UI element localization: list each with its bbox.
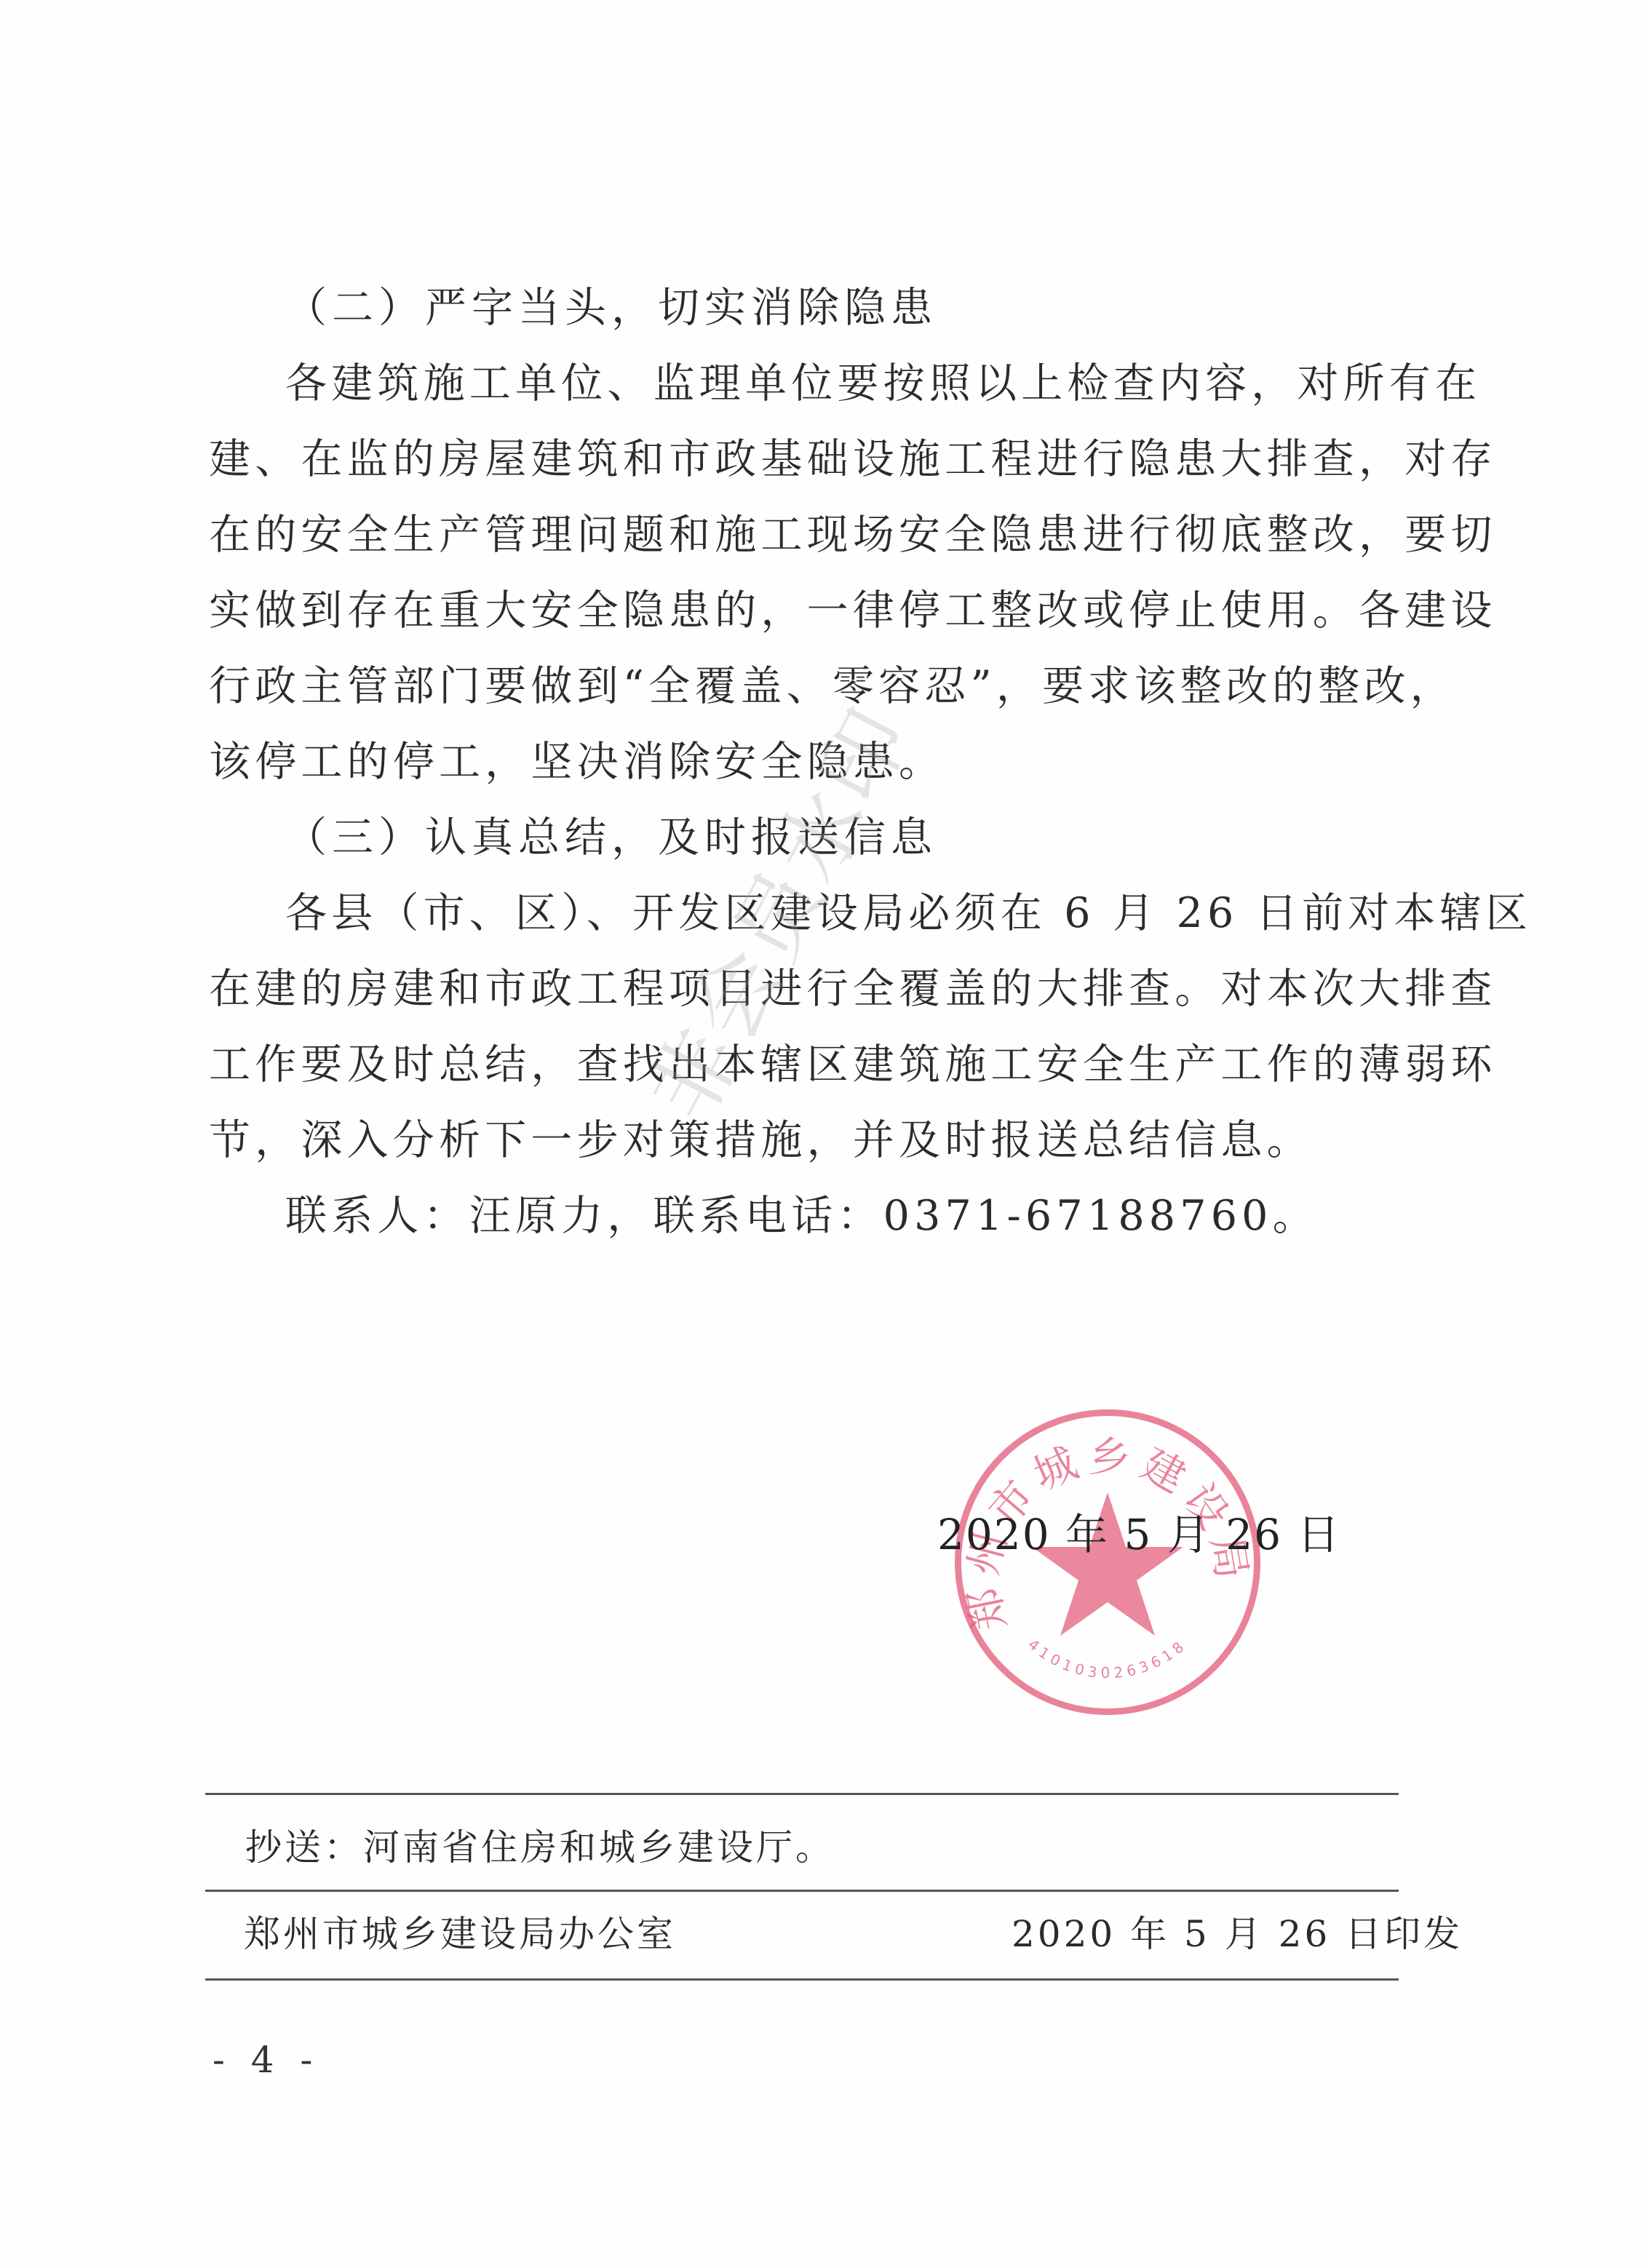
divider — [205, 1978, 1399, 1981]
cc-line: 抄送：河南省住房和城乡建设厅。 — [245, 1825, 835, 1870]
svg-text:4101030263618: 4101030263618 — [1025, 1636, 1191, 1682]
paragraph-line: 工作要及时总结，查找出本辖区建筑施工安全生产工作的薄弱环 — [209, 1039, 1391, 1090]
paragraph-line: 该停工的停工，坚决消除安全隐患。 — [209, 736, 1391, 787]
official-seal: 郑州市城乡建设局 4101030263618 — [955, 1409, 1260, 1715]
signature-date: 2020 年 5 月 26 日 — [937, 1509, 1341, 1560]
paragraph-line: 节，深入分析下一步对策措施，并及时报送总结信息。 — [209, 1115, 1391, 1166]
paragraph-line: 各建筑施工单位、监理单位要按照以上检查内容，对所有在 — [285, 358, 1391, 409]
contact-info: 联系人：汪原力，联系电话：0371-67188760。 — [285, 1190, 1391, 1241]
divider — [205, 1890, 1399, 1892]
section-heading-3: （三）认真总结，及时报送信息 — [285, 812, 1391, 863]
page-number: - 4 - — [212, 2037, 319, 2082]
paragraph-line: 实做到存在重大安全隐患的，一律停工整改或停止使用。各建设 — [209, 585, 1391, 636]
paragraph-line: 建、在监的房屋建筑和市政基础设施工程进行隐患大排查，对存 — [209, 434, 1391, 485]
paragraph-line: 在的安全生产管理问题和施工现场安全隐患进行彻底整改，要切 — [209, 509, 1391, 560]
seal-graphic: 郑州市城乡建设局 4101030263618 — [961, 1416, 1254, 1708]
section-heading-2: （二）严字当头，切实消除隐患 — [285, 282, 1391, 333]
divider — [205, 1793, 1399, 1795]
issue-date: 2020 年 5 月 26 日印发 — [1012, 1911, 1463, 1957]
paragraph-line: 行政主管部门要做到“全覆盖、零容忍”，要求该整改的整改， — [209, 661, 1391, 712]
paragraph-line: 在建的房建和市政工程项目进行全覆盖的大排查。对本次大排查 — [209, 963, 1391, 1014]
paragraph-line: 各县（市、区）、开发区建设局必须在 6 月 26 日前对本辖区 — [285, 888, 1391, 939]
issuer: 郑州市城乡建设局办公室 — [244, 1911, 676, 1957]
seal-code: 4101030263618 — [1025, 1636, 1191, 1682]
document-page: （二）严字当头，切实消除隐患 各建筑施工单位、监理单位要按照以上检查内容，对所有… — [0, 0, 1649, 2268]
